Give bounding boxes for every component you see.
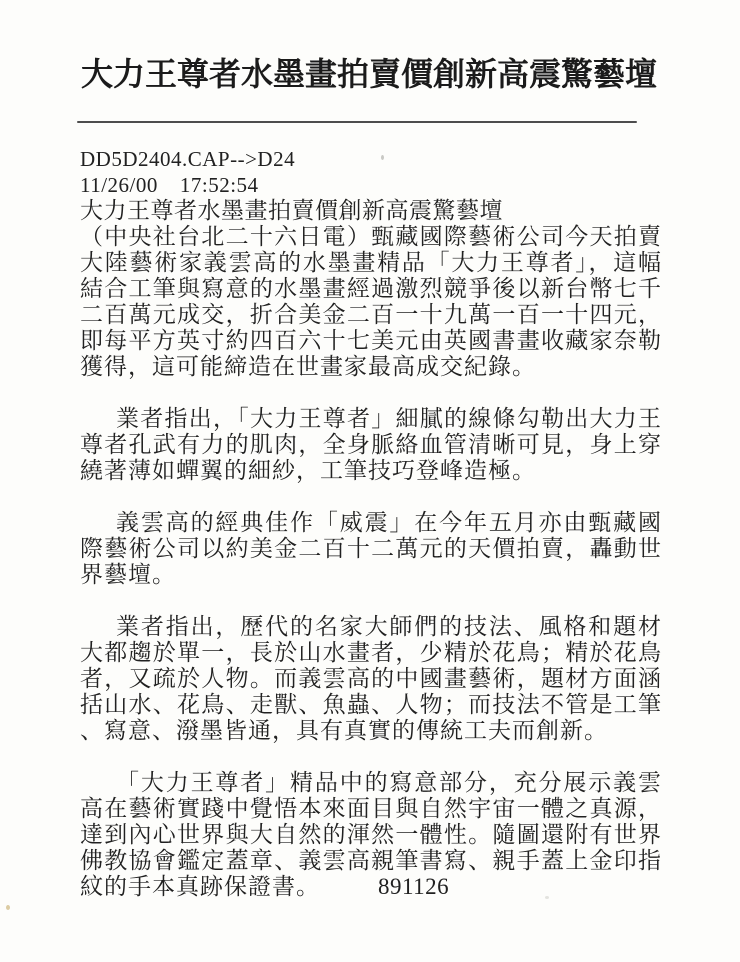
paragraph-text: 「大力王尊者」精品中的寫意部分，充分展示義雲高在藝術實踐中覺悟本來面目與自然宇宙… xyxy=(80,770,662,899)
article-headline: 大力王尊者水墨畫拍賣價創新高震驚藝壇 xyxy=(80,198,662,224)
article-paragraph: 業者指出，「大力王尊者」細膩的線條勾勒出大力王尊者孔武有力的肌肉，全身脈絡血管清… xyxy=(80,406,662,484)
scan-speck xyxy=(6,905,10,910)
article-title: 大力王尊者水墨畫拍賣價創新高震驚藝壇 xyxy=(81,50,681,98)
article-paragraph: 業者指出，歷代的名家大師們的技法、風格和題材大都趨於單一，長於山水畫者，少精於花… xyxy=(80,614,662,744)
footer-code: 891126 xyxy=(378,874,449,899)
scan-speck xyxy=(545,896,549,899)
article-body: DD5D2404.CAP-->D24 11/26/0017:52:54 大力王尊… xyxy=(80,146,662,900)
time-value: 17:52:54 xyxy=(180,173,259,197)
document-page: 大力王尊者水墨畫拍賣價創新高震驚藝壇 DD5D2404.CAP-->D24 11… xyxy=(0,0,740,962)
article-paragraph: 義雲高的經典佳作「威震」在今年五月亦由甄藏國際藝術公司以約美金二百十二萬元的天價… xyxy=(80,510,662,588)
title-divider xyxy=(77,121,637,123)
file-reference: DD5D2404.CAP-->D24 xyxy=(80,146,662,172)
article-paragraph: 「大力王尊者」精品中的寫意部分，充分展示義雲高在藝術實踐中覺悟本來面目與自然宇宙… xyxy=(80,770,662,900)
datetime-line: 11/26/0017:52:54 xyxy=(80,172,662,198)
article-paragraph: （中央社台北二十六日電）甄藏國際藝術公司今天拍賣大陸藝術家義雲高的水墨畫精品「大… xyxy=(80,224,662,380)
date-value: 11/26/00 xyxy=(80,173,158,197)
scan-speck xyxy=(381,155,384,160)
